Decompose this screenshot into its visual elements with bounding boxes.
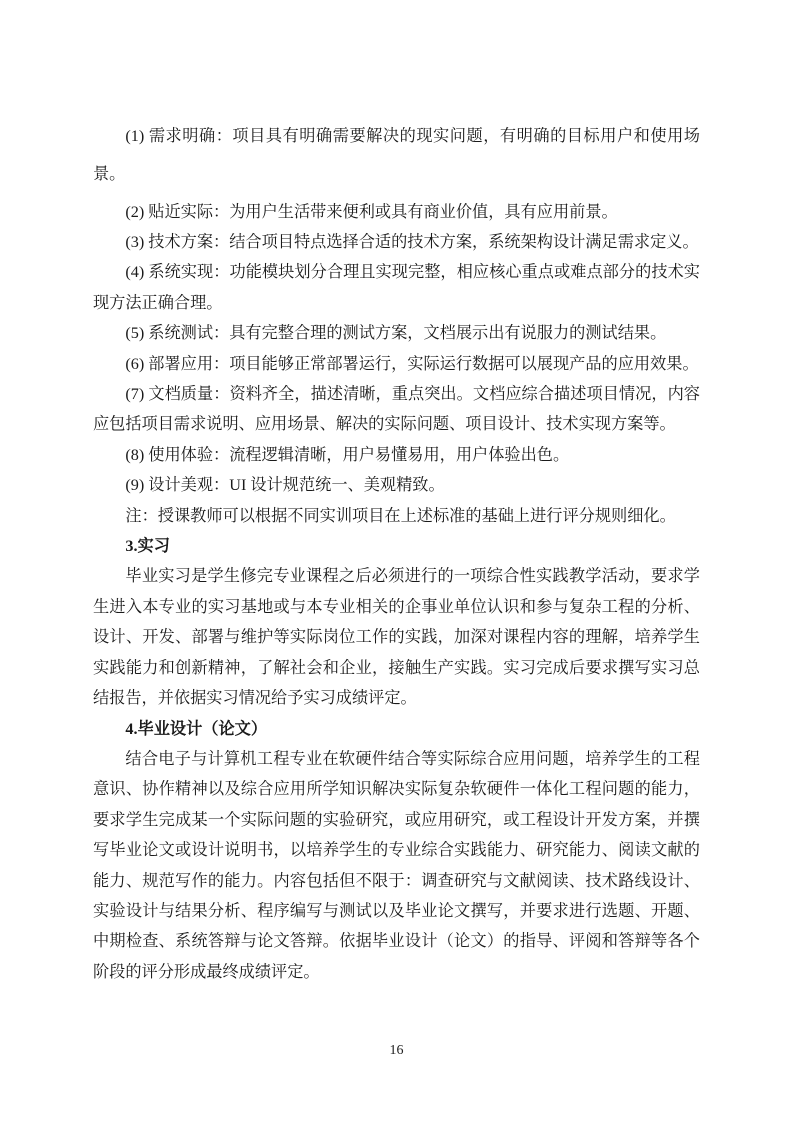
paragraph-item-9: (9) 设计美观：UI 设计规范统一、美观精致。 — [93, 470, 700, 500]
document-page: (1) 需求明确：项目具有明确需要解决的现实问题，有明确的目标用户和使用场景。 … — [0, 0, 793, 1122]
paragraph-thesis: 结合电子与计算机工程专业在软硬件结合等实际综合应用问题，培养学生的工程意识、协作… — [93, 744, 700, 987]
page-number: 16 — [0, 1042, 793, 1060]
paragraph-item-5: (5) 系统测试：具有完整合理的测试方案，文档展示出有说服力的测试结果。 — [93, 318, 700, 348]
section-heading-thesis: 4.毕业设计（论文） — [93, 714, 700, 744]
paragraph-note: 注：授课教师可以根据不同实训项目在上述标准的基础上进行评分规则细化。 — [93, 501, 700, 531]
paragraph-item-1: (1) 需求明确：项目具有明确需要解决的现实问题，有明确的目标用户和使用场景。 — [93, 117, 700, 193]
paragraph-item-3: (3) 技术方案：结合项目特点选择合适的技术方案，系统架构设计满足需求定义。 — [93, 227, 700, 257]
paragraph-item-4: (4) 系统实现：功能模块划分合理且实现完整，相应核心重点或难点部分的技术实现方… — [93, 257, 700, 318]
document-body: (1) 需求明确：项目具有明确需要解决的现实问题，有明确的目标用户和使用场景。 … — [93, 117, 700, 987]
paragraph-item-2: (2) 贴近实际：为用户生活带来便利或具有商业价值，具有应用前景。 — [93, 193, 700, 231]
section-heading-internship: 3.实习 — [93, 531, 700, 561]
paragraph-internship: 毕业实习是学生修完专业课程之后必须进行的一项综合性实践教学活动，要求学生进入本专… — [93, 561, 700, 713]
paragraph-item-7: (7) 文档质量：资料齐全，描述清晰，重点突出。文档应综合描述项目情况，内容应包… — [93, 379, 700, 440]
paragraph-item-8: (8) 使用体验：流程逻辑清晰，用户易懂易用，用户体验出色。 — [93, 440, 700, 470]
paragraph-item-6: (6) 部署应用：项目能够正常部署运行，实际运行数据可以展现产品的应用效果。 — [93, 349, 700, 379]
